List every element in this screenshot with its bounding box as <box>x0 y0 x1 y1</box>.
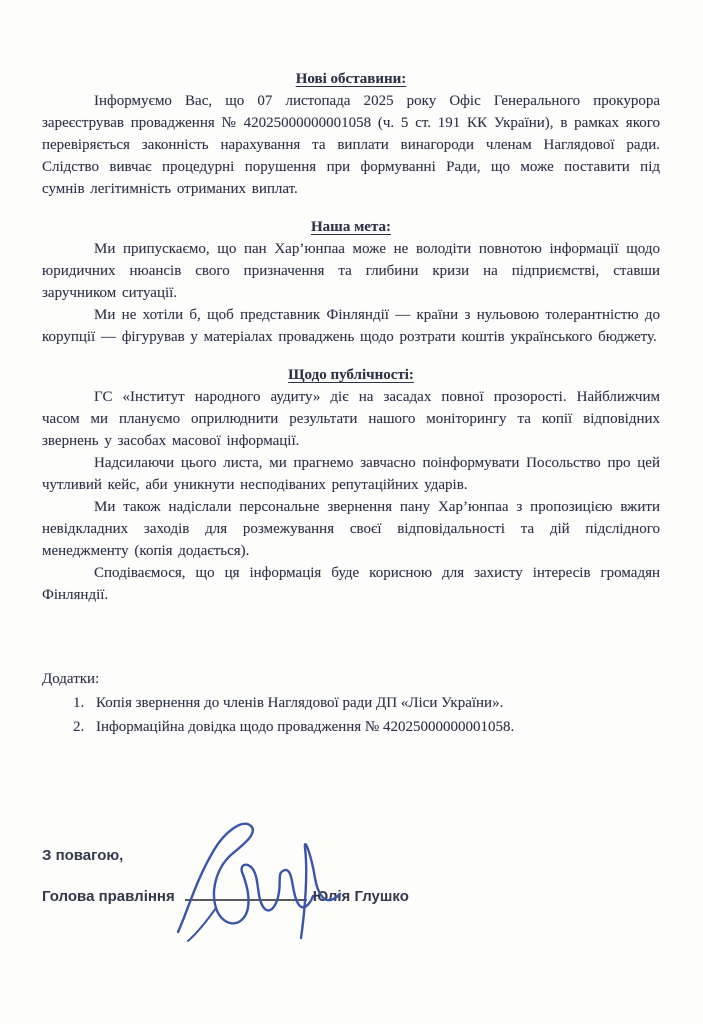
attachment-item: Інформаційна довідка щодо провадження № … <box>88 715 660 739</box>
paragraph: Надсилаючи цього листа, ми прагнемо завч… <box>42 452 660 496</box>
attachments-list: Копія звернення до членів Наглядової рад… <box>42 691 660 739</box>
signer-name: Юлія Глушко <box>313 886 409 908</box>
section-heading-publicity: Щодо публічності: <box>42 364 660 386</box>
signature-line <box>185 887 307 901</box>
handwritten-signature-icon <box>158 810 353 945</box>
paragraph: Сподіваємося, що ця інформація буде кори… <box>42 562 660 606</box>
paragraph: Ми припускаємо, що пан Хар’юнпаа може не… <box>42 238 660 304</box>
signature-closing: З повагою, <box>42 845 123 867</box>
signature-row: Голова правління Юлія Глушко <box>42 886 409 908</box>
attachment-item: Копія звернення до членів Наглядової рад… <box>88 691 660 715</box>
paragraph: ГС «Інститут народного аудиту» діє на за… <box>42 386 660 452</box>
letter-body: Нові обставини: Інформуємо Вас, що 07 ли… <box>42 68 660 739</box>
attachments-label: Додатки: <box>42 668 660 690</box>
signer-title: Голова правління <box>42 886 175 908</box>
attachments-section: Додатки: Копія звернення до членів Нагля… <box>42 668 660 739</box>
section-heading-our-goal: Наша мета: <box>42 216 660 238</box>
paragraph: Інформуємо Вас, що 07 листопада 2025 рок… <box>42 90 660 200</box>
scanned-letter-page: Нові обставини: Інформуємо Вас, що 07 ли… <box>0 0 703 1024</box>
paragraph: Ми не хотіли б, щоб представник Фінлянді… <box>42 304 660 348</box>
paragraph: Ми також надіслали персональне звернення… <box>42 496 660 562</box>
section-heading-new-circumstances: Нові обставини: <box>42 68 660 90</box>
